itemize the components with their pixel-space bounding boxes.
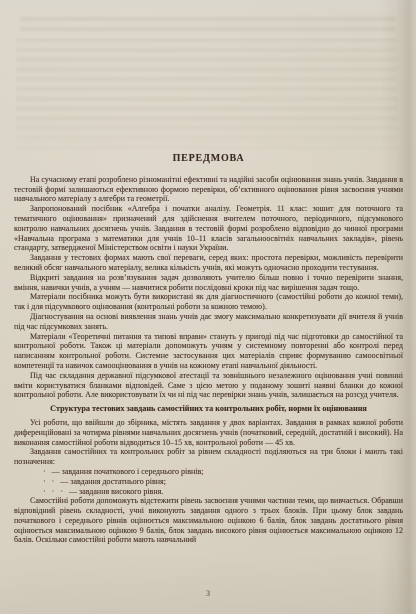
paragraph: На сучасному етапі розроблено різноманіт…: [14, 175, 403, 204]
paragraph: Матеріали «Теоретичні питання та типові …: [14, 332, 403, 371]
bleed-through-text-block: [16, 38, 398, 150]
paragraph: Запропонований посібник «Алгебра і почат…: [14, 204, 403, 253]
level-marker: · ·: [43, 477, 56, 486]
paragraph: Самостійні роботи допоможуть відстежити …: [14, 496, 403, 545]
list-item-text: — завдання достатнього рівня;: [60, 477, 166, 486]
page-content: ПЕРЕДМОВА На сучасному етапі розроблено …: [14, 154, 403, 545]
level-marker: ·: [43, 467, 48, 476]
paragraph: Відкриті завдання на розв’язування задач…: [14, 273, 403, 293]
section-heading: Структура тестових завдань самостійних т…: [14, 404, 403, 414]
level-marker: · · ·: [43, 487, 65, 496]
list-item-text: — завдання початкового і середнього рівн…: [52, 467, 204, 476]
paragraph: Діагностування на основі виявлення знань…: [14, 312, 403, 332]
paragraph: Матеріали посібника можуть бути використ…: [14, 292, 403, 312]
paragraph: Усі роботи, що ввійшли до збірника, міст…: [14, 418, 403, 447]
page-top-edge: [0, 0, 416, 14]
page-curl-shadow: [380, 0, 416, 614]
paragraph: Завдання у тестових формах мають свої пе…: [14, 253, 403, 273]
bleed-through-text-top: [20, 17, 396, 31]
list-item: · — завдання початкового і середнього рі…: [14, 467, 403, 477]
page-number: 3: [0, 589, 416, 598]
paragraph: Під час складання державної підсумкової …: [14, 371, 403, 400]
list-item: · · — завдання достатнього рівня;: [14, 477, 403, 487]
page-title: ПЕРЕДМОВА: [14, 154, 403, 164]
list-item: · · · — завдання високого рівня.: [14, 487, 403, 497]
paragraph: Завдання самостійних та контрольних робі…: [14, 447, 403, 467]
list-item-text: — завдання високого рівня.: [69, 487, 163, 496]
scanned-book-page: ПЕРЕДМОВА На сучасному етапі розроблено …: [0, 0, 416, 614]
